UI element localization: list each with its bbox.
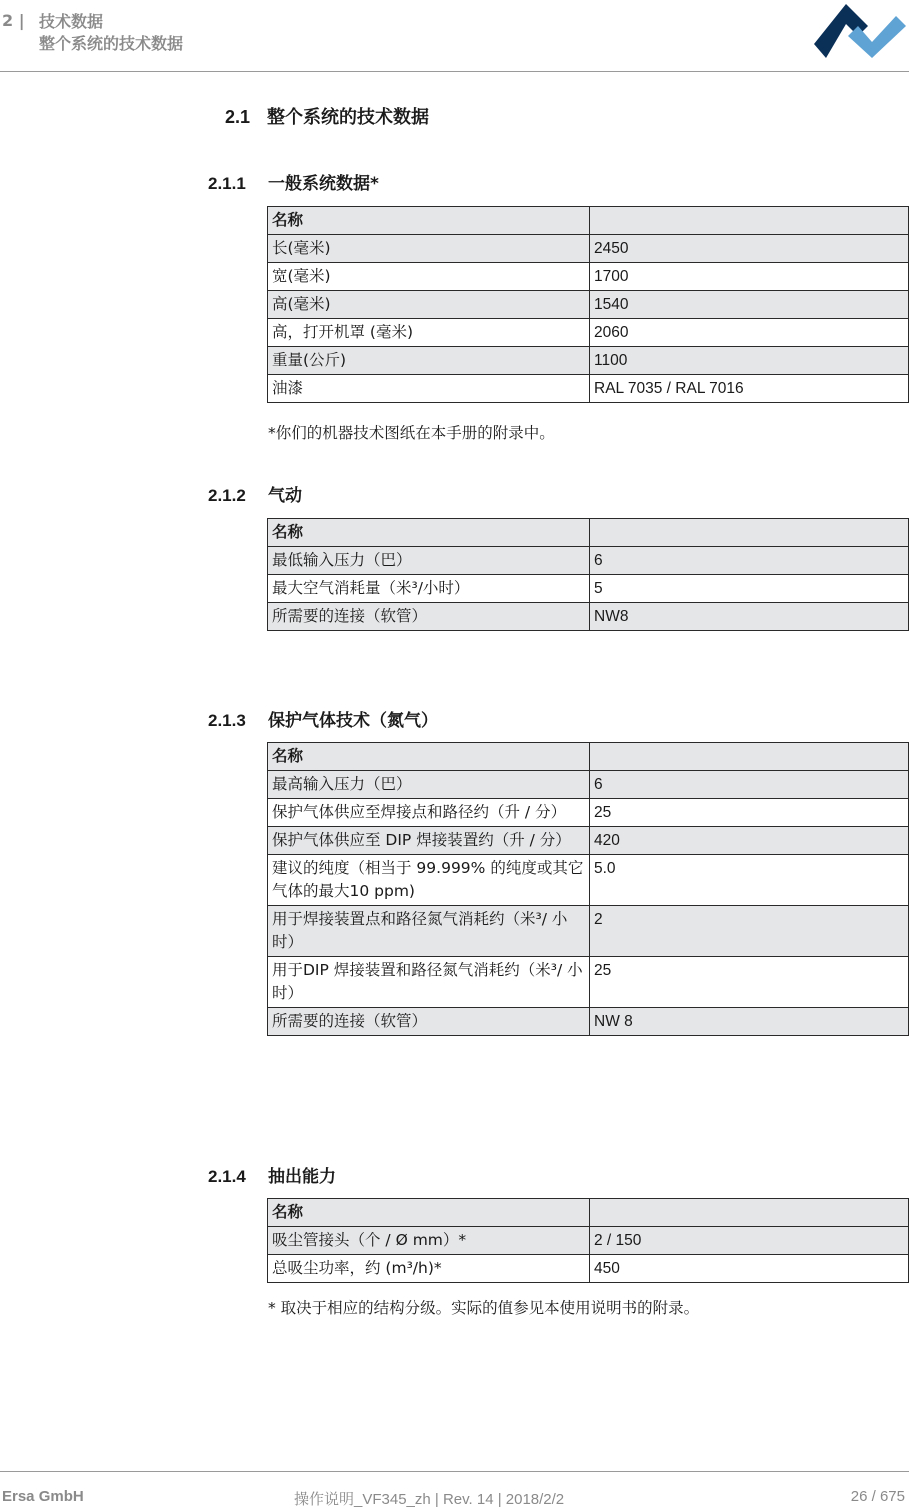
row-value: NW8 — [590, 603, 909, 631]
row-label: 所需要的连接（软管） — [268, 603, 590, 631]
table-row: 最低输入压力（巴） 6 — [268, 547, 909, 575]
general-system-data-table: 名称 长(毫米) 2450 宽(毫米) 1700 高(毫米) 1540 高，打开… — [267, 206, 909, 403]
row-value: 450 — [590, 1255, 909, 1283]
header-cell-name: 名称 — [268, 743, 590, 771]
header-divider — [0, 71, 909, 72]
table-row: 最高输入压力（巴） 6 — [268, 771, 909, 799]
row-value: RAL 7035 / RAL 7016 — [590, 375, 909, 403]
table-row: 高(毫米) 1540 — [268, 291, 909, 319]
table-header-row: 名称 — [268, 743, 909, 771]
header-cell-value — [590, 519, 909, 547]
section-heading-2-1: 2.1整个系统的技术数据 — [225, 103, 429, 129]
row-value: 1540 — [590, 291, 909, 319]
header-cell-value — [590, 743, 909, 771]
row-label: 吸尘管接头（个 / Ø mm）* — [268, 1227, 590, 1255]
row-value: 6 — [590, 547, 909, 575]
row-label: 最低输入压力（巴） — [268, 547, 590, 575]
table-header-row: 名称 — [268, 207, 909, 235]
table-row: 宽(毫米) 1700 — [268, 263, 909, 291]
table-row: 总吸尘功率，约 (m³/h)* 450 — [268, 1255, 909, 1283]
row-label: 高，打开机罩 (毫米) — [268, 319, 590, 347]
row-value: 2 / 150 — [590, 1227, 909, 1255]
row-label: 保护气体供应至 DIP 焊接装置约（升 / 分） — [268, 827, 590, 855]
row-label: 最大空气消耗量（米³/小时） — [268, 575, 590, 603]
row-label: 保护气体供应至焊接点和路径约（升 / 分） — [268, 799, 590, 827]
extraction-capacity-table: 名称 吸尘管接头（个 / Ø mm）* 2 / 150 总吸尘功率，约 (m³/… — [267, 1198, 909, 1283]
row-label: 用于焊接装置点和路径氮气消耗约（米³/ 小时） — [268, 906, 590, 957]
subsection-heading-2-1-2: 2.1.2气动 — [208, 481, 302, 506]
subsection-title: 抽出能力 — [268, 1167, 336, 1187]
row-value: 2 — [590, 906, 909, 957]
subsection-number: 2.1.3 — [208, 711, 268, 731]
table-header-row: 名称 — [268, 519, 909, 547]
table-row: 重量(公斤) 1100 — [268, 347, 909, 375]
row-value: 420 — [590, 827, 909, 855]
row-label: 高(毫米) — [268, 291, 590, 319]
table-row: 高，打开机罩 (毫米) 2060 — [268, 319, 909, 347]
table-row: 吸尘管接头（个 / Ø mm）* 2 / 150 — [268, 1227, 909, 1255]
row-value: 5 — [590, 575, 909, 603]
protective-gas-table: 名称 最高输入压力（巴） 6 保护气体供应至焊接点和路径约（升 / 分） 25 … — [267, 742, 909, 1036]
row-value: 6 — [590, 771, 909, 799]
row-label: 用于DIP 焊接装置和路径氮气消耗约（米³/ 小时） — [268, 957, 590, 1008]
header-cell-name: 名称 — [268, 207, 590, 235]
row-value: 2060 — [590, 319, 909, 347]
header-cell-value — [590, 207, 909, 235]
row-value: 5.0 — [590, 855, 909, 906]
table-header-row: 名称 — [268, 1199, 909, 1227]
row-value: NW 8 — [590, 1008, 909, 1036]
section-title: 整个系统的技术数据 — [267, 107, 429, 128]
footer-divider — [0, 1471, 909, 1472]
subsection-heading-2-1-4: 2.1.4抽出能力 — [208, 1162, 336, 1187]
table-row: 建议的纯度（相当于 99.999% 的纯度或其它气体的最大10 ppm) 5.0 — [268, 855, 909, 906]
subsection-number: 2.1.1 — [208, 174, 268, 194]
subsection-title: 气动 — [268, 486, 302, 506]
header-cell-name: 名称 — [268, 1199, 590, 1227]
chapter-title: 技术数据 — [39, 11, 183, 33]
row-label: 油漆 — [268, 375, 590, 403]
pneumatics-table: 名称 最低输入压力（巴） 6 最大空气消耗量（米³/小时） 5 所需要的连接（软… — [267, 518, 909, 631]
row-label: 宽(毫米) — [268, 263, 590, 291]
running-section-title: 整个系统的技术数据 — [39, 33, 183, 55]
row-label: 总吸尘功率，约 (m³/h)* — [268, 1255, 590, 1283]
section-number: 2.1 — [225, 107, 267, 128]
table-row: 油漆 RAL 7035 / RAL 7016 — [268, 375, 909, 403]
subsection-number: 2.1.4 — [208, 1167, 268, 1187]
row-label: 建议的纯度（相当于 99.999% 的纯度或其它气体的最大10 ppm) — [268, 855, 590, 906]
subsection-number: 2.1.2 — [208, 486, 268, 506]
footer-company: Ersa GmbH — [2, 1488, 84, 1505]
header-cell-name: 名称 — [268, 519, 590, 547]
table-row: 长(毫米) 2450 — [268, 235, 909, 263]
table-row: 所需要的连接（软管） NW 8 — [268, 1008, 909, 1036]
subsection-title: 一般系统数据* — [268, 174, 379, 194]
chapter-number: 2 | — [2, 11, 25, 30]
footer-document-info: 操作说明_VF345_zh | Rev. 14 | 2018/2/2 — [294, 1488, 564, 1509]
table-row: 所需要的连接（软管） NW8 — [268, 603, 909, 631]
table-row: 保护气体供应至 DIP 焊接装置约（升 / 分） 420 — [268, 827, 909, 855]
table-row: 用于焊接装置点和路径氮气消耗约（米³/ 小时） 2 — [268, 906, 909, 957]
ersa-logo-icon — [812, 0, 908, 60]
row-label: 重量(公斤) — [268, 347, 590, 375]
table-row: 保护气体供应至焊接点和路径约（升 / 分） 25 — [268, 799, 909, 827]
row-value: 1100 — [590, 347, 909, 375]
page-header: 2 | 技术数据 整个系统的技术数据 — [0, 0, 909, 72]
subsection-heading-2-1-3: 2.1.3保护气体技术（氮气） — [208, 706, 438, 731]
row-label: 长(毫米) — [268, 235, 590, 263]
row-label: 最高输入压力（巴） — [268, 771, 590, 799]
row-label: 所需要的连接（软管） — [268, 1008, 590, 1036]
table-row: 用于DIP 焊接装置和路径氮气消耗约（米³/ 小时） 25 — [268, 957, 909, 1008]
row-value: 1700 — [590, 263, 909, 291]
footnote-drawings: *你们的机器技术图纸在本手册的附录中。 — [268, 421, 555, 443]
subsection-heading-2-1-1: 2.1.1一般系统数据* — [208, 169, 379, 194]
footer-page-number: 26 / 675 — [851, 1488, 905, 1505]
footnote-extraction: * 取决于相应的结构分级。实际的值参见本使用说明书的附录。 — [268, 1296, 699, 1318]
row-value: 2450 — [590, 235, 909, 263]
row-value: 25 — [590, 957, 909, 1008]
chapter-title-block: 技术数据 整个系统的技术数据 — [39, 11, 183, 55]
header-cell-value — [590, 1199, 909, 1227]
row-value: 25 — [590, 799, 909, 827]
subsection-title: 保护气体技术（氮气） — [268, 711, 438, 731]
table-row: 最大空气消耗量（米³/小时） 5 — [268, 575, 909, 603]
